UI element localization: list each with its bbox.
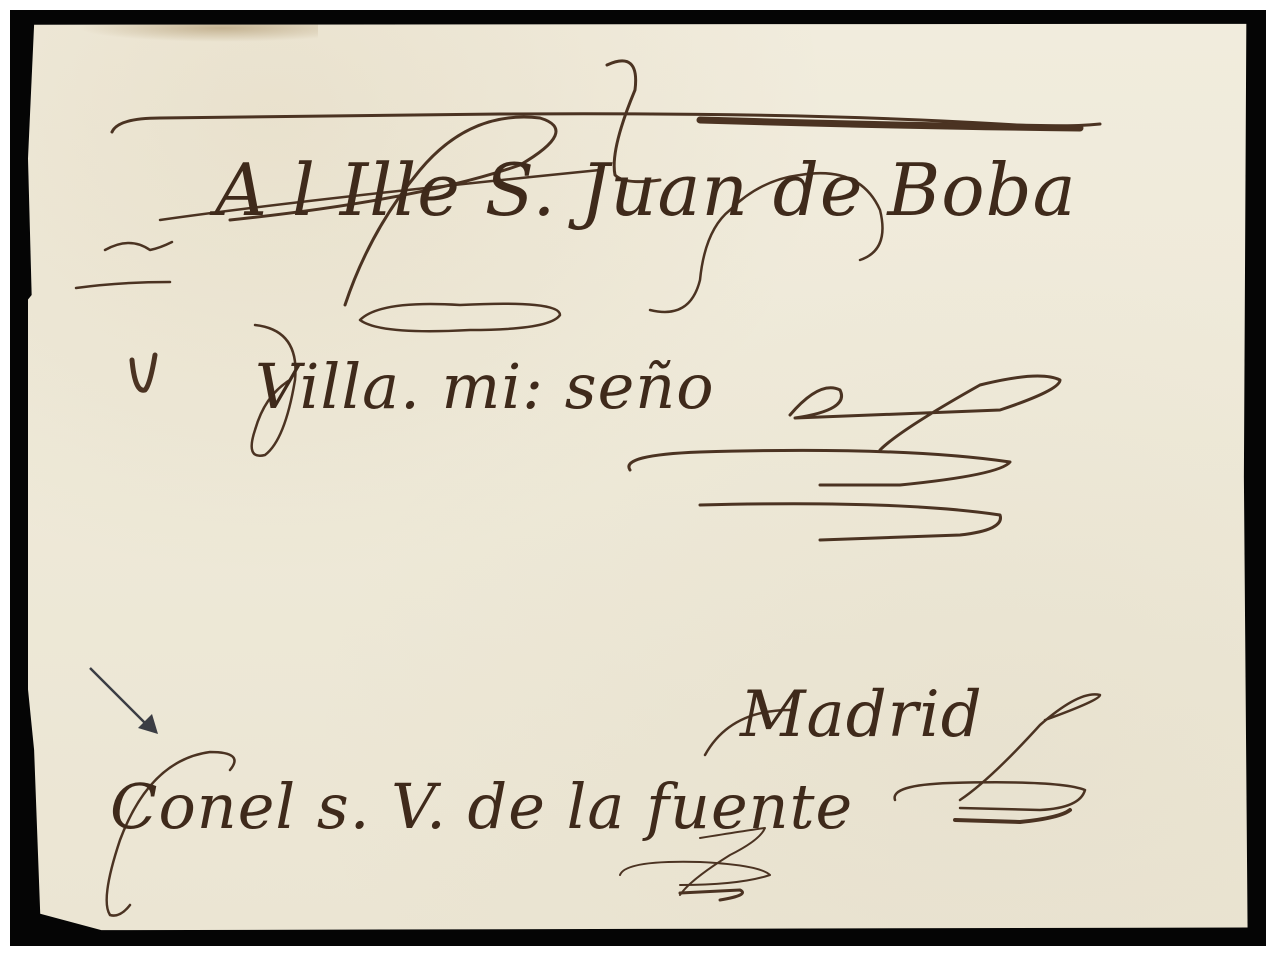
destination-madrid: Madrid xyxy=(740,678,983,752)
pencil-arrow-icon xyxy=(88,664,168,744)
carrier-note: Conel s. V. de la fuente xyxy=(110,770,853,843)
address-line-2: Villa. mi: seño xyxy=(255,350,715,423)
address-line-1: A l Ille S. Juan de Boba xyxy=(215,148,1077,232)
